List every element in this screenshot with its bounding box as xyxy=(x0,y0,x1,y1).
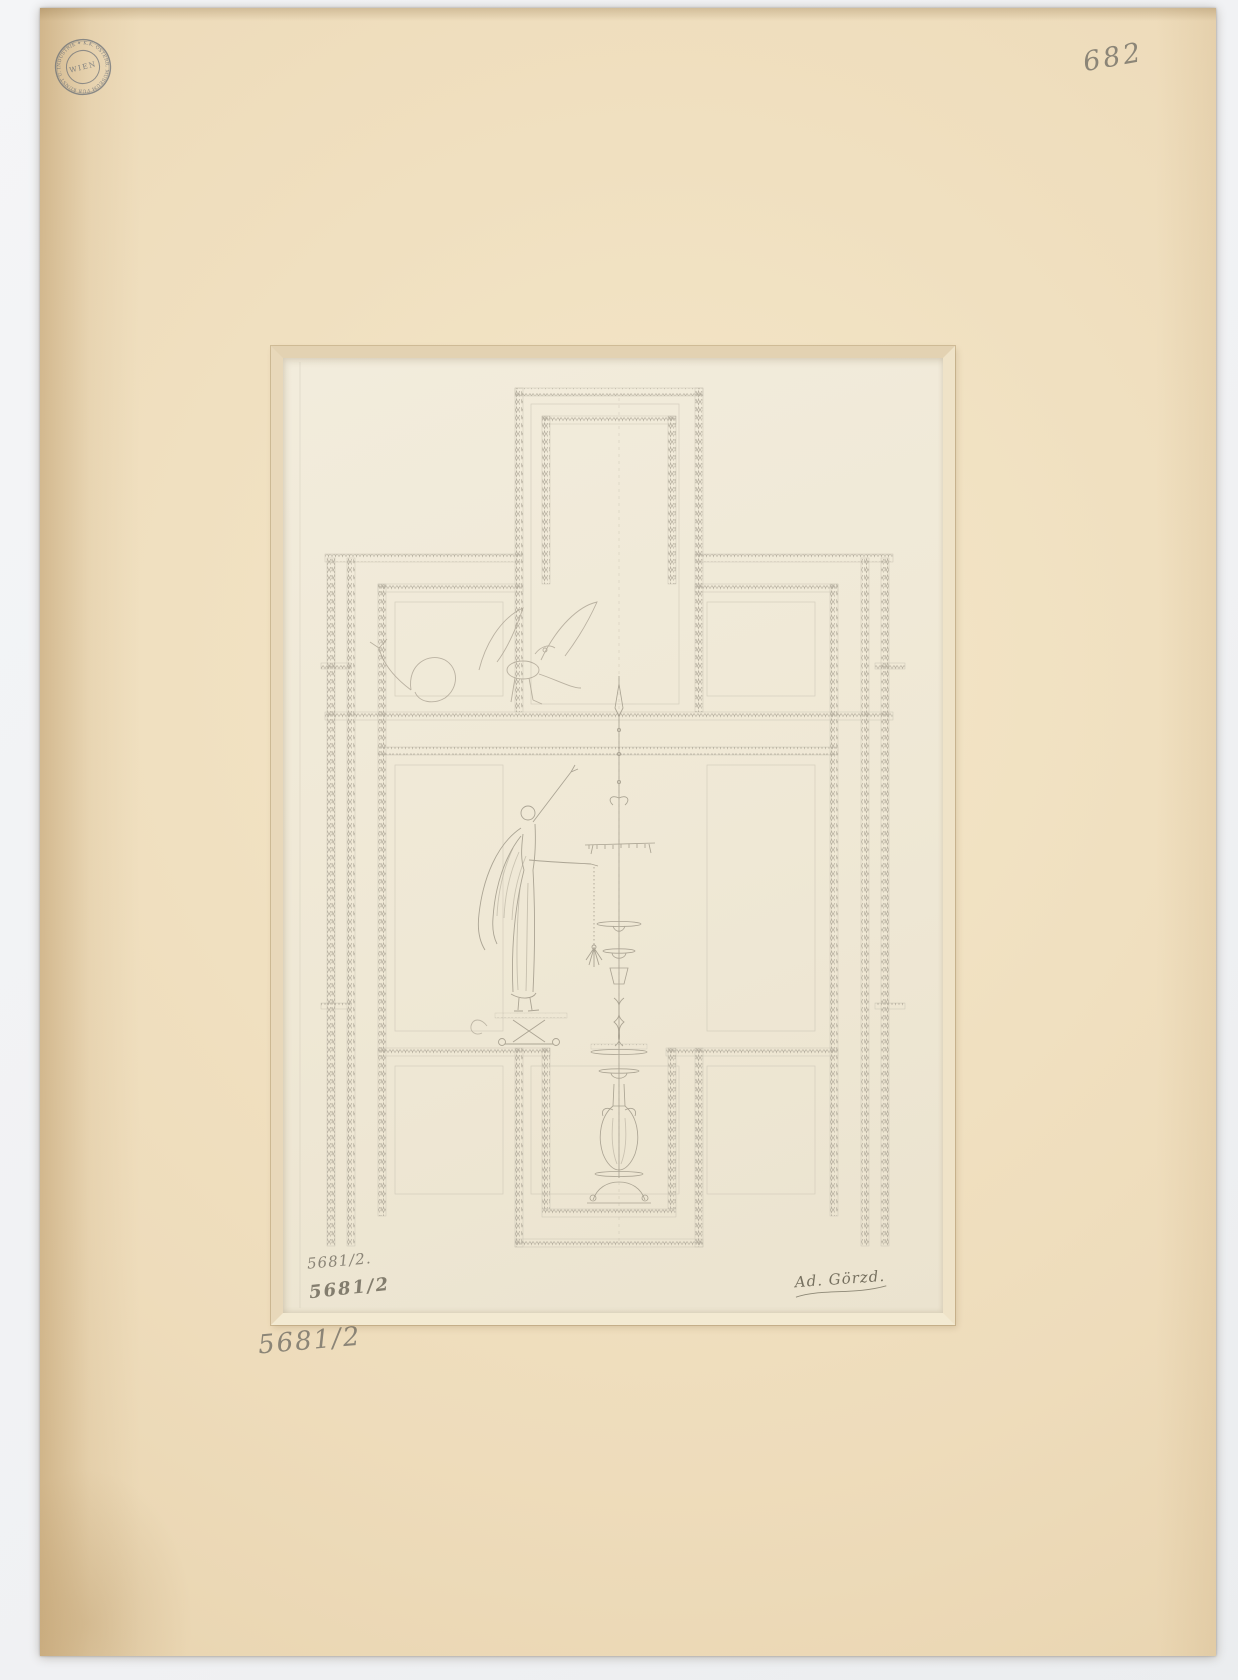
ceiling-design-drawing xyxy=(283,358,943,1313)
mat-window-bevel: 5681/2. 5681/2 Ad. Görzd. xyxy=(271,346,955,1325)
panel-hairline-frames xyxy=(395,404,815,1194)
ornament-band-grid-vertical xyxy=(327,388,889,1247)
stamp-center-text: WIEN xyxy=(68,59,97,74)
page-number-annotation: 682 xyxy=(1081,37,1146,78)
drawing-sheet: 5681/2. 5681/2 Ad. Görzd. xyxy=(283,358,943,1313)
winged-genius-sketch xyxy=(471,765,602,1046)
griffin-sketch xyxy=(370,602,597,704)
mount-board: ✦ K.K. ÖSTERR. MUSEUM FÜR KUNST U. INDUS… xyxy=(40,8,1216,1656)
inventory-number-mount: 5681/2 xyxy=(257,1322,363,1361)
scanned-archive-page: ✦ K.K. ÖSTERR. MUSEUM FÜR KUNST U. INDUS… xyxy=(0,0,1238,1680)
museum-stamp-icon: ✦ K.K. ÖSTERR. MUSEUM FÜR KUNST U. INDUS… xyxy=(45,29,120,104)
